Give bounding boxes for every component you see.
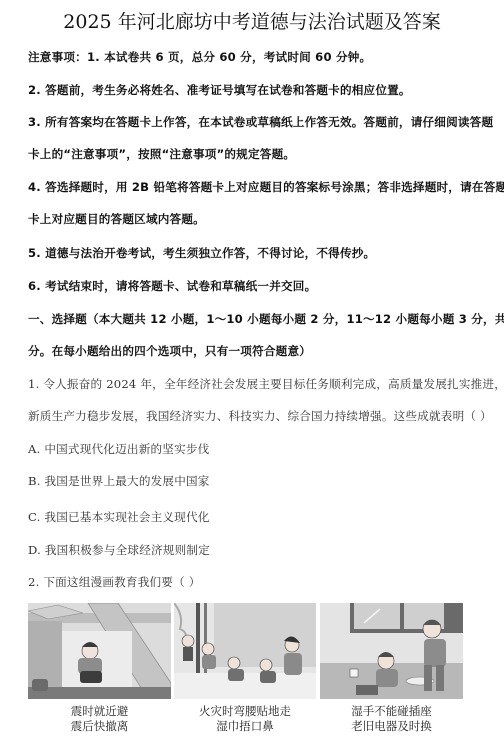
- comic-fire-escape-image: [174, 603, 316, 699]
- question-1-stem-cont: 新质生产力稳步发展，我国经济实力、科技实力、综合国力持续增强。这些成就表明（ ）: [28, 408, 492, 424]
- question-2-stem: 2. 下面这组漫画教育我们要（ ）: [28, 574, 201, 590]
- caption-line-1: 震时就近避: [28, 704, 171, 719]
- notice-line-3: 3. 所有答案均在答题卡上作答，在本试卷或草稿纸上作答无效。答题前，请仔细阅读答…: [28, 114, 493, 130]
- caption-line-1: 湿手不能碰插座: [315, 704, 468, 719]
- comic-electrical-safety-caption: 湿手不能碰插座 老旧电器及时换: [315, 704, 468, 734]
- caption-line-2: 老旧电器及时换: [315, 719, 468, 734]
- caption-line-1: 火灾时弯腰贴地走: [168, 704, 322, 719]
- comic-earthquake-caption: 震时就近避 震后快撤离: [28, 704, 171, 734]
- question-1-option-c: C. 我国已基本实现社会主义现代化: [28, 509, 210, 525]
- notice-line-4: 4. 答选择题时，用 2B 铅笔将答题卡上对应题目的答案标号涂黑；答非选择题时，…: [28, 179, 504, 195]
- notice-line-5: 5. 道德与法治开卷考试，考生须独立作答，不得讨论，不得传抄。: [28, 245, 375, 261]
- notice-line-4-cont: 卡上对应题目的答题区域内答题。: [28, 211, 205, 227]
- caption-line-2: 震后快撤离: [28, 719, 171, 734]
- question-1-option-b: B. 我国是世界上最大的发展中国家: [28, 473, 210, 489]
- comic-electrical-safety-image: [320, 603, 463, 699]
- notice-line-1: 注意事项：1. 本试卷共 6 页，总分 60 分，考试时间 60 分钟。: [28, 49, 371, 65]
- section-heading: 一、选择题（本大题共 12 小题，1～10 小题每小题 2 分，11～12 小题…: [28, 311, 504, 327]
- question-1-option-a: A. 中国式现代化迈出新的坚实步伐: [28, 441, 209, 457]
- notice-line-6: 6. 考试结束时，请将答题卡、试卷和草稿纸一并交回。: [28, 278, 316, 294]
- caption-line-2: 湿巾捂口鼻: [168, 719, 322, 734]
- question-1-option-d: D. 我国积极参与全球经济规则制定: [28, 542, 210, 558]
- notice-line-2: 2. 答题前，考生务必将姓名、准考证号填写在试卷和答题卡的相应位置。: [28, 82, 411, 98]
- page-title: 2025 年河北廊坊中考道德与法治试题及答案: [0, 9, 504, 35]
- question-1-stem: 1. 令人振奋的 2024 年，全年经济社会发展主要目标任务顺利完成，高质量发展…: [28, 376, 504, 392]
- section-heading-cont: 分。在每小题给出的四个选项中，只有一项符合题意）: [28, 343, 311, 359]
- comic-earthquake-image: [28, 603, 171, 699]
- comic-fire-escape-caption: 火灾时弯腰贴地走 湿巾捂口鼻: [168, 704, 322, 734]
- notice-line-3-cont: 卡上的“注意事项”，按照“注意事项”的规定答题。: [28, 146, 295, 162]
